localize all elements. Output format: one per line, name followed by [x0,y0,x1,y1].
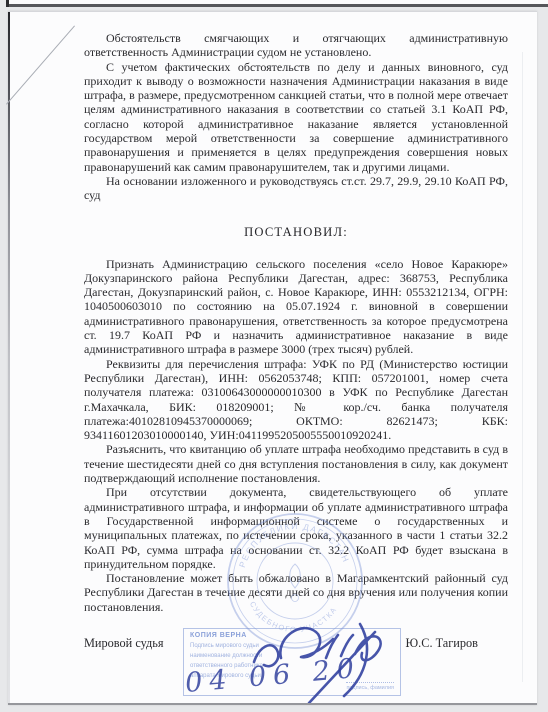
scanned-court-ruling: { "page": { "background_color": "#e7e8ea… [0,0,548,712]
resolution-heading: ПОСТАНОВИЛ: [84,225,508,240]
document-text: Обстоятельств смягчающих и отягчающих ад… [84,31,508,651]
paragraph: С учетом фактических обстоятельств по де… [84,60,508,174]
paragraph: Обстоятельств смягчающих и отягчающих ад… [84,31,508,60]
copy-stamp-line: аппарата мирового судьи [190,672,394,680]
document-page: Обстоятельств смягчающих и отягчающих ад… [8,11,537,705]
judge-title: Мировой судья [84,636,164,651]
copy-stamp-line: наименование должности [190,652,394,660]
copy-stamp-line: ответственного работника [190,662,394,670]
copy-stamp-title: КОПИЯ ВЕРНА [190,632,394,640]
corner-crease [6,26,75,105]
judge-name: Ю.С. Тагиров [406,636,478,651]
paragraph: Разъяснить, что квитанцию об уплате штра… [84,442,508,485]
copy-stamp-footer: подпись, фамилия [346,682,394,692]
copy-stamp-line: Подпись мирового судьи [190,642,394,650]
scan-left-edge-shadow [8,12,10,703]
scan-right-edge-shadow [522,52,523,682]
previous-page-edge [9,0,548,7]
paragraphs-bottom: Признать Администрацию сельского поселен… [84,257,508,614]
paragraph: На основании изложенного и руководствуяс… [84,174,508,203]
paragraphs-top: Обстоятельств смягчающих и отягчающих ад… [84,31,508,203]
paragraph: Признать Администрацию сельского поселен… [84,257,508,357]
paragraph: При отсутствии документа, свидетельствую… [84,485,508,571]
paragraph: Реквизиты для перечисления штрафа: УФК п… [84,357,508,443]
paragraph: Постановление может быть обжаловано в Ма… [84,571,508,614]
copy-certification-stamp: КОПИЯ ВЕРНА Подпись мирового судьи наиме… [183,628,401,696]
previous-page-corner-mark [6,0,9,7]
